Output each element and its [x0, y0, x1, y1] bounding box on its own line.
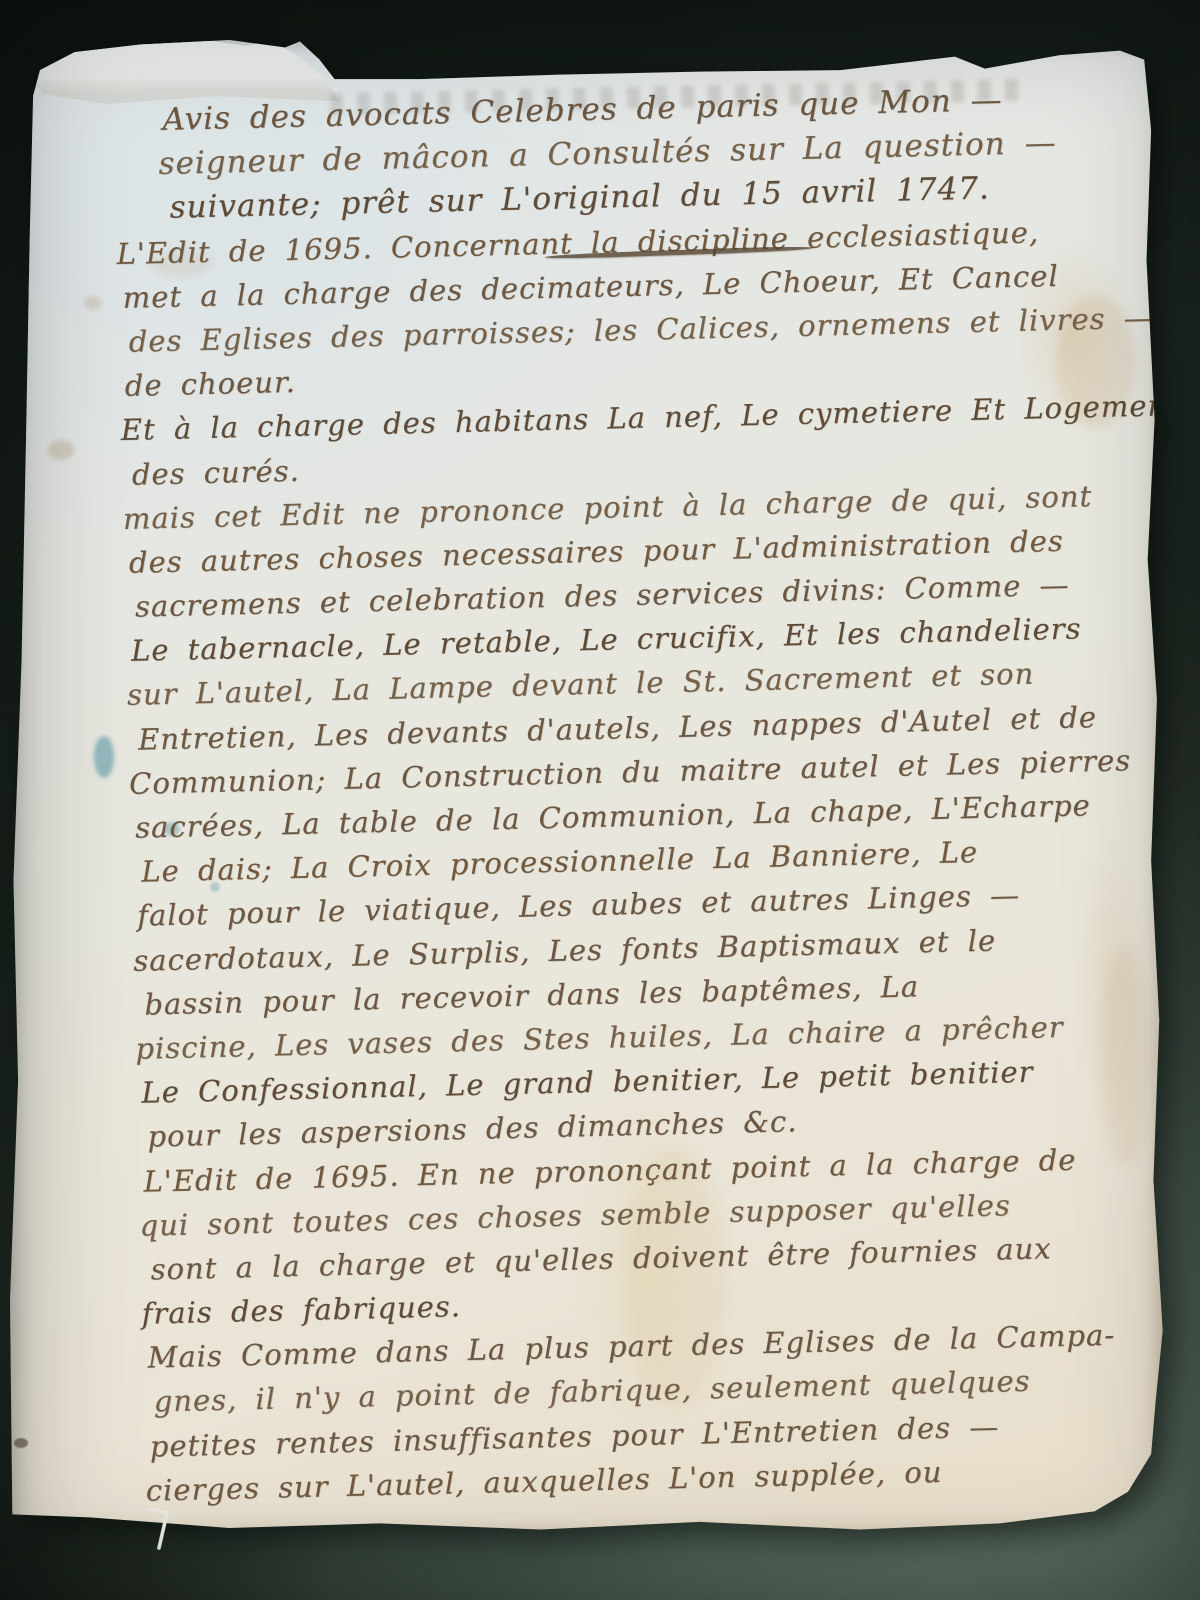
- ink-fleck: [14, 1438, 28, 1448]
- paper-fiber: [146, 1506, 176, 1554]
- paper-sheet-wrap: Avis des avocats Celebres de paris que M…: [10, 34, 1165, 1540]
- manuscript-page: Avis des avocats Celebres de paris que M…: [10, 34, 1165, 1540]
- foxing-stain: [84, 296, 102, 310]
- blue-ink-smudge: [94, 736, 114, 778]
- photograph-of-manuscript: Avis des avocats Celebres de paris que M…: [0, 0, 1200, 1600]
- foxing-stain: [48, 440, 74, 460]
- handwritten-text-block: Avis des avocats Celebres de paris que M…: [118, 75, 1184, 1513]
